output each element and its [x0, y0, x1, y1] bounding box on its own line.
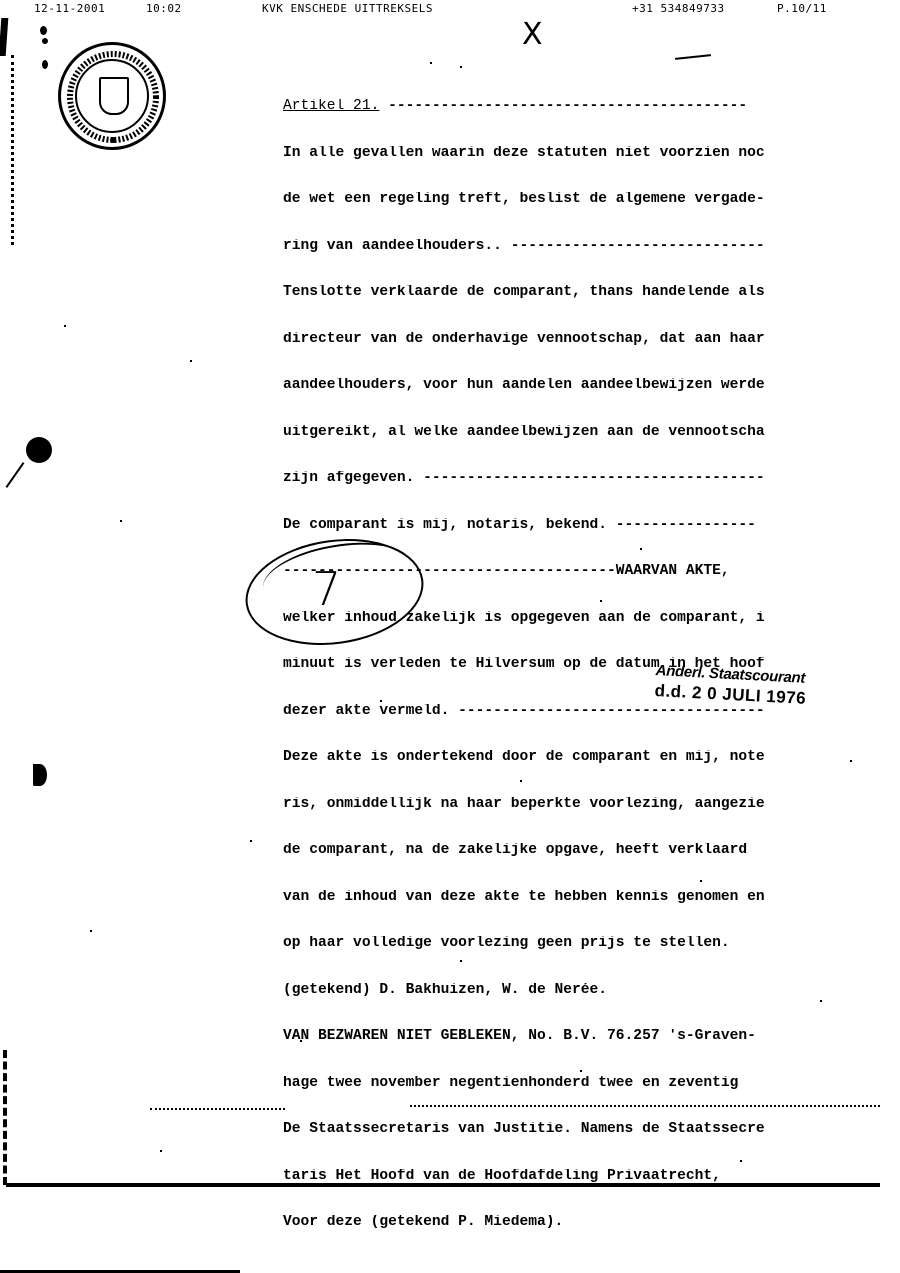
scan-speck [64, 325, 66, 327]
handwritten-page-number: 7 [312, 566, 341, 612]
signature-line: (getekend) D. Bakhuizen, W. de Nerée. [283, 983, 883, 999]
document-line: directeur van de onderhavige vennootscha… [283, 332, 883, 348]
document-line: VAN BEZWAREN NIET GEBLEKEN, No. B.V. 76.… [283, 1029, 883, 1045]
punch-mark [42, 38, 48, 44]
scan-speck [430, 62, 432, 64]
article-title: Artikel 21. [283, 99, 379, 114]
document-line: Voor deze (getekend P. Miedema). [283, 1215, 883, 1231]
scan-speck [640, 548, 642, 550]
scan-speck [90, 930, 92, 932]
handwritten-initial-stroke [675, 54, 711, 60]
scan-speck [160, 1150, 162, 1152]
seal-lettering [61, 45, 165, 149]
document-line: De Staatssecretaris van Justitie. Namens… [283, 1122, 883, 1138]
staatscourant-stamp: Anderl. Staatscourant d.d. 2 0 JULI 1976 [654, 662, 808, 709]
notary-seal [58, 42, 166, 150]
document-line: hage twee november negentienhonderd twee… [283, 1076, 883, 1092]
scan-speck [580, 1070, 582, 1072]
scan-speck [460, 960, 462, 962]
document-line: ris, onmiddellijk na haar beperkte voorl… [283, 797, 883, 813]
scan-speck [850, 760, 852, 762]
handwritten-x-mark: X [522, 20, 543, 50]
scan-dotted-line [150, 1108, 285, 1110]
ink-blot [33, 764, 47, 786]
fax-time: 10:02 [146, 2, 182, 15]
article-title-trailer: ----------------------------------------… [379, 99, 747, 114]
document-body: Artikel 21. ----------------------------… [283, 68, 883, 1246]
punch-mark [42, 60, 48, 69]
document-line: van de inhoud van deze akte te hebben ke… [283, 890, 883, 906]
document-line: de comparant, na de zakelijke opgave, he… [283, 843, 883, 859]
ink-blot [26, 437, 52, 463]
fax-date: 12-11-2001 [34, 2, 105, 15]
scan-edge-dots-bottom [3, 1050, 11, 1185]
fax-phone: +31 534849733 [632, 2, 725, 15]
document-line: Tenslotte verklaarde de comparant, thans… [283, 285, 883, 301]
document-line: Deze akte is ondertekend door de compara… [283, 750, 883, 766]
scan-bottom-edge [6, 1183, 880, 1187]
document-line: aandeelhouders, voor hun aandelen aandee… [283, 378, 883, 394]
fax-page-number: P.10/11 [777, 2, 827, 15]
scan-speck [460, 66, 462, 68]
document-line: de wet een regeling treft, beslist de al… [283, 192, 883, 208]
scan-speck [250, 840, 252, 842]
scan-edge-bar [0, 18, 8, 56]
scan-speck [190, 360, 192, 362]
document-line: uitgereikt, al welke aandeelbewijzen aan… [283, 425, 883, 441]
stamp-date-prefix: d.d. [654, 681, 687, 702]
document-line: ring van aandeelhouders.. --------------… [283, 239, 883, 255]
scan-speck [820, 1000, 822, 1002]
article-heading: Artikel 21. ----------------------------… [283, 99, 883, 115]
document-line: In alle gevallen waarin deze statuten ni… [283, 146, 883, 162]
scan-speck [300, 1040, 302, 1042]
punch-mark [40, 26, 47, 35]
document-line: op haar volledige voorlezing geen prijs … [283, 936, 883, 952]
scan-speck [600, 600, 602, 602]
scan-dotted-line [410, 1105, 880, 1107]
scan-speck [700, 880, 702, 882]
scan-speck [120, 520, 122, 522]
scan-speck [740, 1160, 742, 1162]
document-line: De comparant is mij, notaris, bekend. --… [283, 518, 883, 534]
fax-header: 12-11-2001 10:02 KVK ENSCHEDE UITTREKSEL… [0, 0, 900, 18]
scan-edge-dots [11, 55, 17, 245]
document-line: zijn afgegeven. ------------------------… [283, 471, 883, 487]
document-line: taris Het Hoofd van de Hoofdafdeling Pri… [283, 1169, 883, 1185]
fax-sender: KVK ENSCHEDE UITTREKSELS [262, 2, 433, 15]
ink-streak [6, 462, 25, 488]
scan-speck [520, 780, 522, 782]
scan-speck [380, 700, 382, 702]
